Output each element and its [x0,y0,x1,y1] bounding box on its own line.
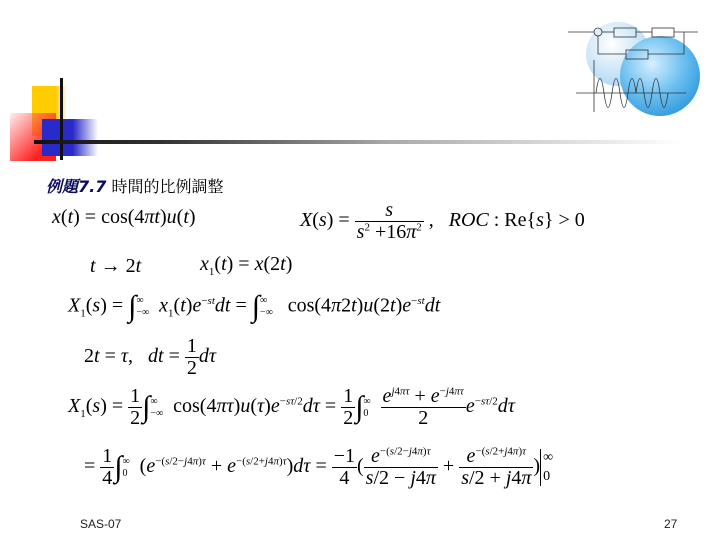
example-topic: 時間的比例調整 [111,177,223,196]
decor-vertical-line [60,78,63,160]
decor-blue-square [42,119,98,156]
page-number: 27 [664,517,677,531]
slide-title: 例題7.7 時間的比例調整 [46,174,223,197]
equation-x1-substituted: X1(s) = 12∫∞−∞ cos(4πτ)u(τ)e−sτ/2dτ = 12… [68,386,515,429]
example-number: 例題7.7 [46,177,106,196]
equation-x1-laplace: X1(s) = ∫∞−∞ x1(t)e−stdt = ∫∞−∞ cos(4π2t… [68,290,440,324]
equation-x-of-t: x(t) = cos(4πt)u(t) [52,206,196,229]
title-divider-line [34,140,684,144]
equation-substitution: 2t = τ, dt = 12dτ [84,336,216,379]
equation-laplace-x: X(s) = ss2 +16π2 , ROC : Re{s} > 0 [300,200,585,243]
equation-time-scaling: t → 2t [90,255,141,278]
equation-final-result: = 14∫∞0 (e−(s/2−j4π)τ + e−(s/2+j4π)τ)dτ … [84,446,553,489]
signals-systems-logo-icon [566,4,716,124]
equation-x1-def: x1(t) = x(2t) [200,253,292,278]
footer-course-code: SAS-07 [80,517,121,531]
